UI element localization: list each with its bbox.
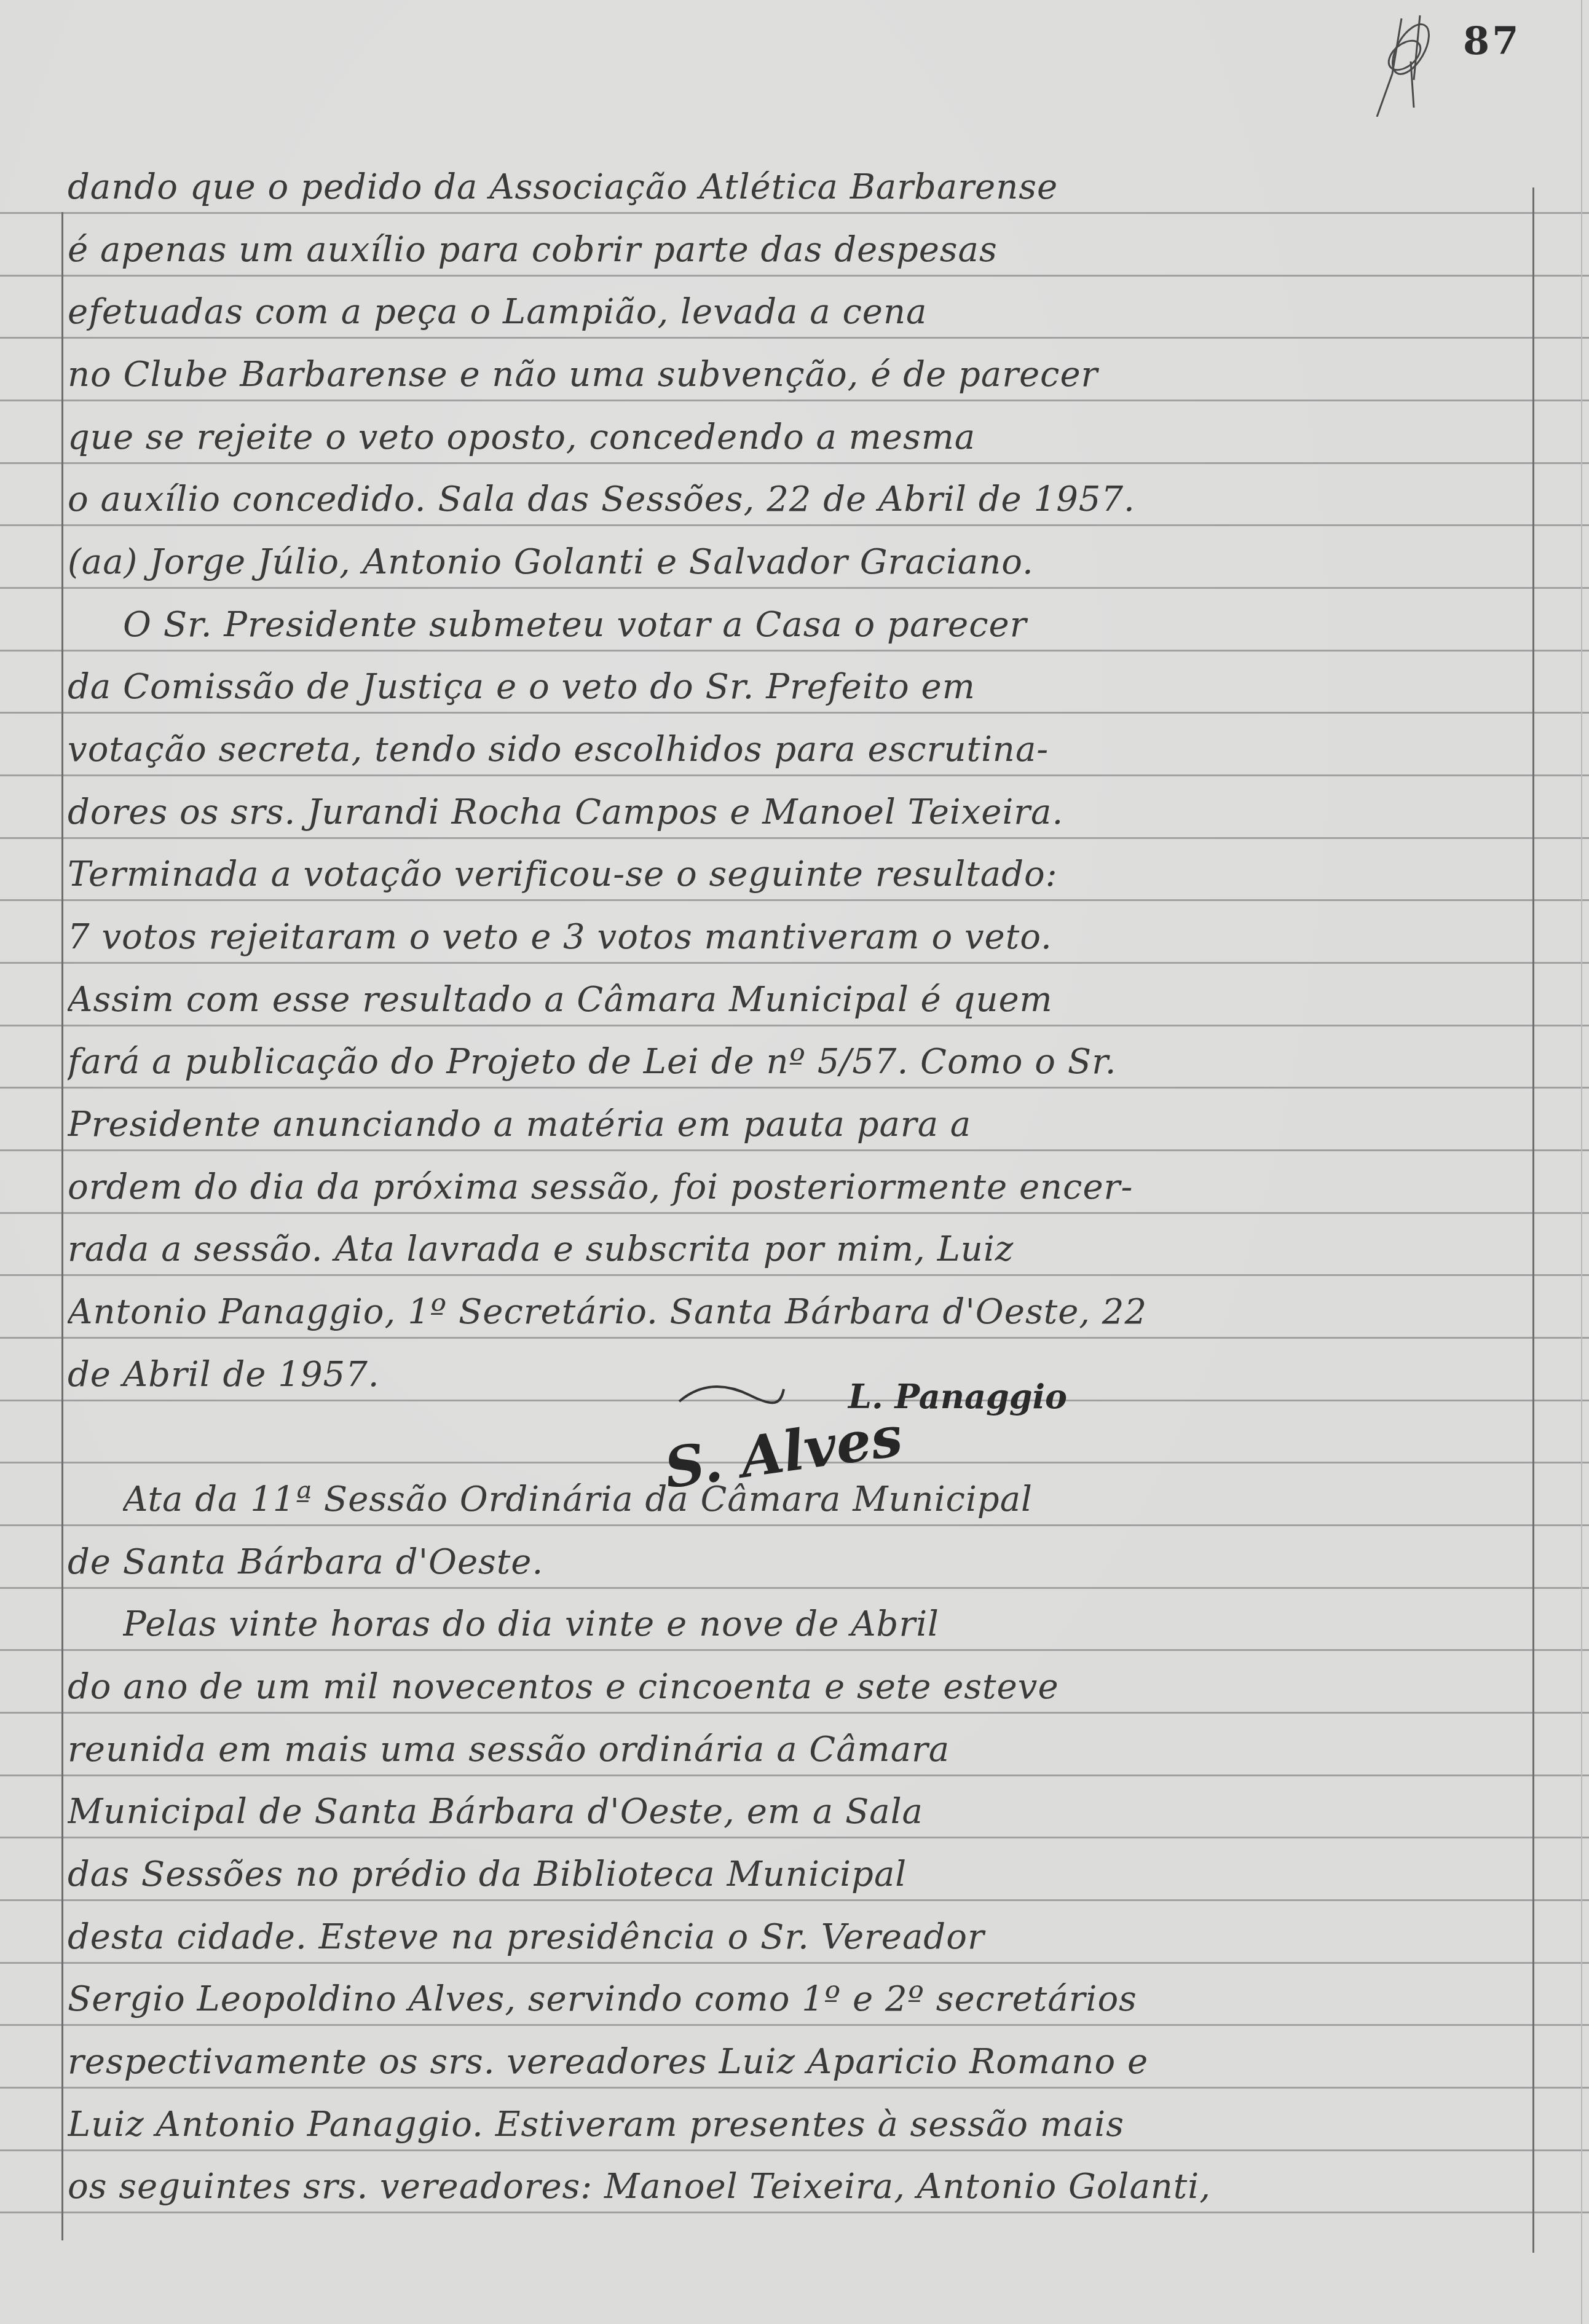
- text-line: o auxílio concedido. Sala das Sessões, 2…: [68, 469, 1543, 530]
- text-line: (aa) Jorge Júlio, Antonio Golanti e Salv…: [68, 532, 1543, 593]
- text-line: Presidente anunciando a matéria em pauta…: [68, 1094, 1543, 1156]
- text-line: do ano de um mil novecentos e cincoenta …: [68, 1656, 1543, 1718]
- text-line: Assim com esse resultado a Câmara Munici…: [68, 969, 1543, 1031]
- text-line: Luiz Antonio Panaggio. Estiveram present…: [68, 2094, 1543, 2156]
- page-edge: [1581, 0, 1582, 2324]
- text-line: rada a sessão. Ata lavrada e subscrita p…: [68, 1219, 1543, 1280]
- text-line: Sergio Leopoldino Alves, servindo como 1…: [68, 1969, 1543, 2030]
- signature-scribble: [676, 1377, 787, 1414]
- text-line: que se rejeite o veto oposto, concedendo…: [68, 407, 1543, 468]
- minutes-heading: de Santa Bárbara d'Oeste.: [68, 1532, 1543, 1593]
- text-line: respectivamente os srs. vereadores Luiz …: [68, 2031, 1543, 2093]
- text-line: dando que o pedido da Associação Atlétic…: [68, 157, 1543, 218]
- text-line: das Sessões no prédio da Biblioteca Muni…: [68, 1844, 1543, 1905]
- left-margin-line: [61, 212, 63, 2240]
- text-line: ordem do dia da próxima sessão, foi post…: [68, 1157, 1543, 1218]
- text-line: votação secreta, tendo sido escolhidos p…: [68, 719, 1543, 781]
- text-line: dores os srs. Jurandi Rocha Campos e Man…: [68, 782, 1543, 843]
- ledger-page: 87 dando que o pedido da Associação Atlé…: [0, 0, 1589, 2324]
- text-line: é apenas um auxílio para cobrir parte da…: [68, 219, 1543, 281]
- text-line: Terminada a votação verificou-se o segui…: [68, 844, 1543, 905]
- text-line: da Comissão de Justiça e o veto do Sr. P…: [68, 656, 1543, 718]
- page-number: 87: [1463, 18, 1521, 63]
- text-line: efetuadas com a peça o Lampião, levada a…: [68, 282, 1543, 343]
- text-line: 7 votos rejeitaram o veto e 3 votos mant…: [68, 907, 1543, 968]
- text-line: fará a publicação do Projeto de Lei de n…: [68, 1031, 1543, 1093]
- text-line: desta cidade. Esteve na presidência o Sr…: [68, 1907, 1543, 1968]
- text-line: de Abril de 1957.: [68, 1344, 1543, 1406]
- text-line: reunida em mais uma sessão ordinária a C…: [68, 1719, 1543, 1781]
- text-line: Pelas vinte horas do dia vinte e nove de…: [123, 1594, 1589, 1655]
- text-line: O Sr. Presidente submeteu votar a Casa o…: [123, 594, 1589, 656]
- initials-stamp-icon: [1368, 6, 1448, 117]
- minutes-heading: Ata da 11ª Sessão Ordinária da Câmara Mu…: [123, 1469, 1589, 1530]
- text-line: no Clube Barbarense e não uma subvenção,…: [68, 344, 1543, 406]
- text-line: Antonio Panaggio, 1º Secretário. Santa B…: [68, 1282, 1543, 1343]
- text-line: Municipal de Santa Bárbara d'Oeste, em a…: [68, 1781, 1543, 1843]
- text-line: os seguintes srs. vereadores: Manoel Tei…: [68, 2156, 1543, 2218]
